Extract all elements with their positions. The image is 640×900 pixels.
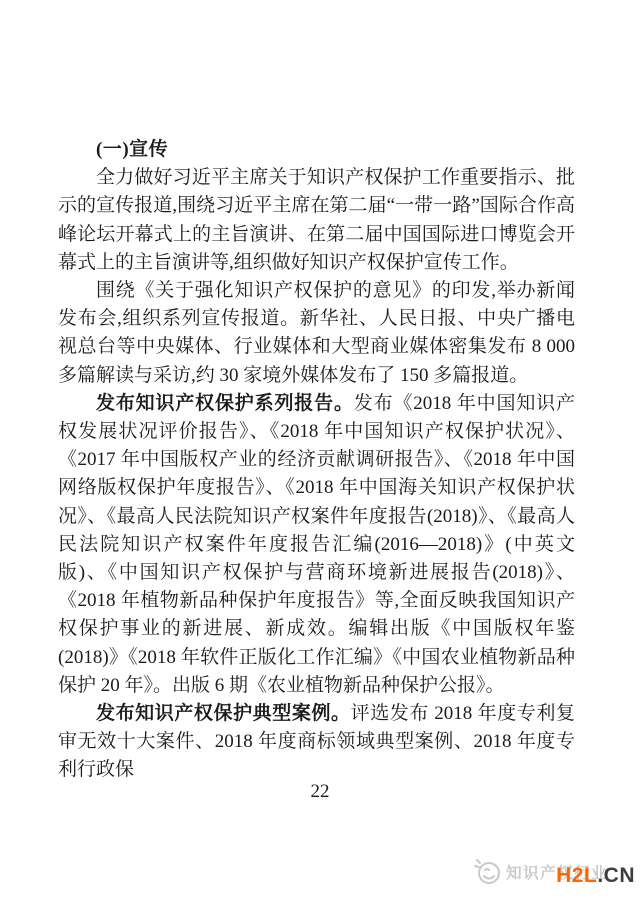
section-heading: (一)宣传 [58, 136, 575, 164]
paragraph-series-reports: 发布知识产权保护系列报告。发布《2018 年中国知识产权发展状况评价报告》、《2… [58, 390, 575, 700]
paragraph-lead: 发布知识产权保护系列报告。 [96, 393, 354, 414]
watermark-brand: H2L.CN [556, 864, 635, 888]
paragraph-propaganda: 全力做好习近平主席关于知识产权保护工作重要指示、批示的宣传报道,围绕习近平主席在… [58, 164, 575, 277]
document-page: (一)宣传 全力做好习近平主席关于知识产权保护工作重要指示、批示的宣传报道,围绕… [0, 0, 640, 900]
smiley-logo-icon [474, 857, 502, 887]
watermark-brand-h2l: H2L [556, 864, 597, 887]
paragraph-body: 围绕《关于强化知识产权保护的意见》的印发,举办新闻发布会,组织系列宣传报道。新华… [58, 280, 575, 386]
watermark-brand-tld: .CN [597, 864, 635, 887]
paragraph-lead: 发布知识产权保护典型案例。 [96, 703, 351, 724]
paragraph-body: 全力做好习近平主席关于知识产权保护工作重要指示、批示的宣传报道,围绕习近平主席在… [58, 167, 575, 273]
paragraph-typical-cases: 发布知识产权保护典型案例。评选发布 2018 年度专利复审无效十大案件、2018… [58, 700, 575, 785]
paragraph-opinion-release: 围绕《关于强化知识产权保护的意见》的印发,举办新闻发布会,组织系列宣传报道。新华… [58, 277, 575, 390]
text-block: (一)宣传 全力做好习近平主席关于知识产权保护工作重要指示、批示的宣传报道,围绕… [58, 136, 575, 785]
watermark: 知识产权行业 H2L.CN [474, 855, 635, 888]
page-number: 22 [0, 781, 640, 803]
paragraph-body: 发布《2018 年中国知识产权发展状况评价报告》、《2018 年中国知识产权保护… [58, 393, 575, 696]
